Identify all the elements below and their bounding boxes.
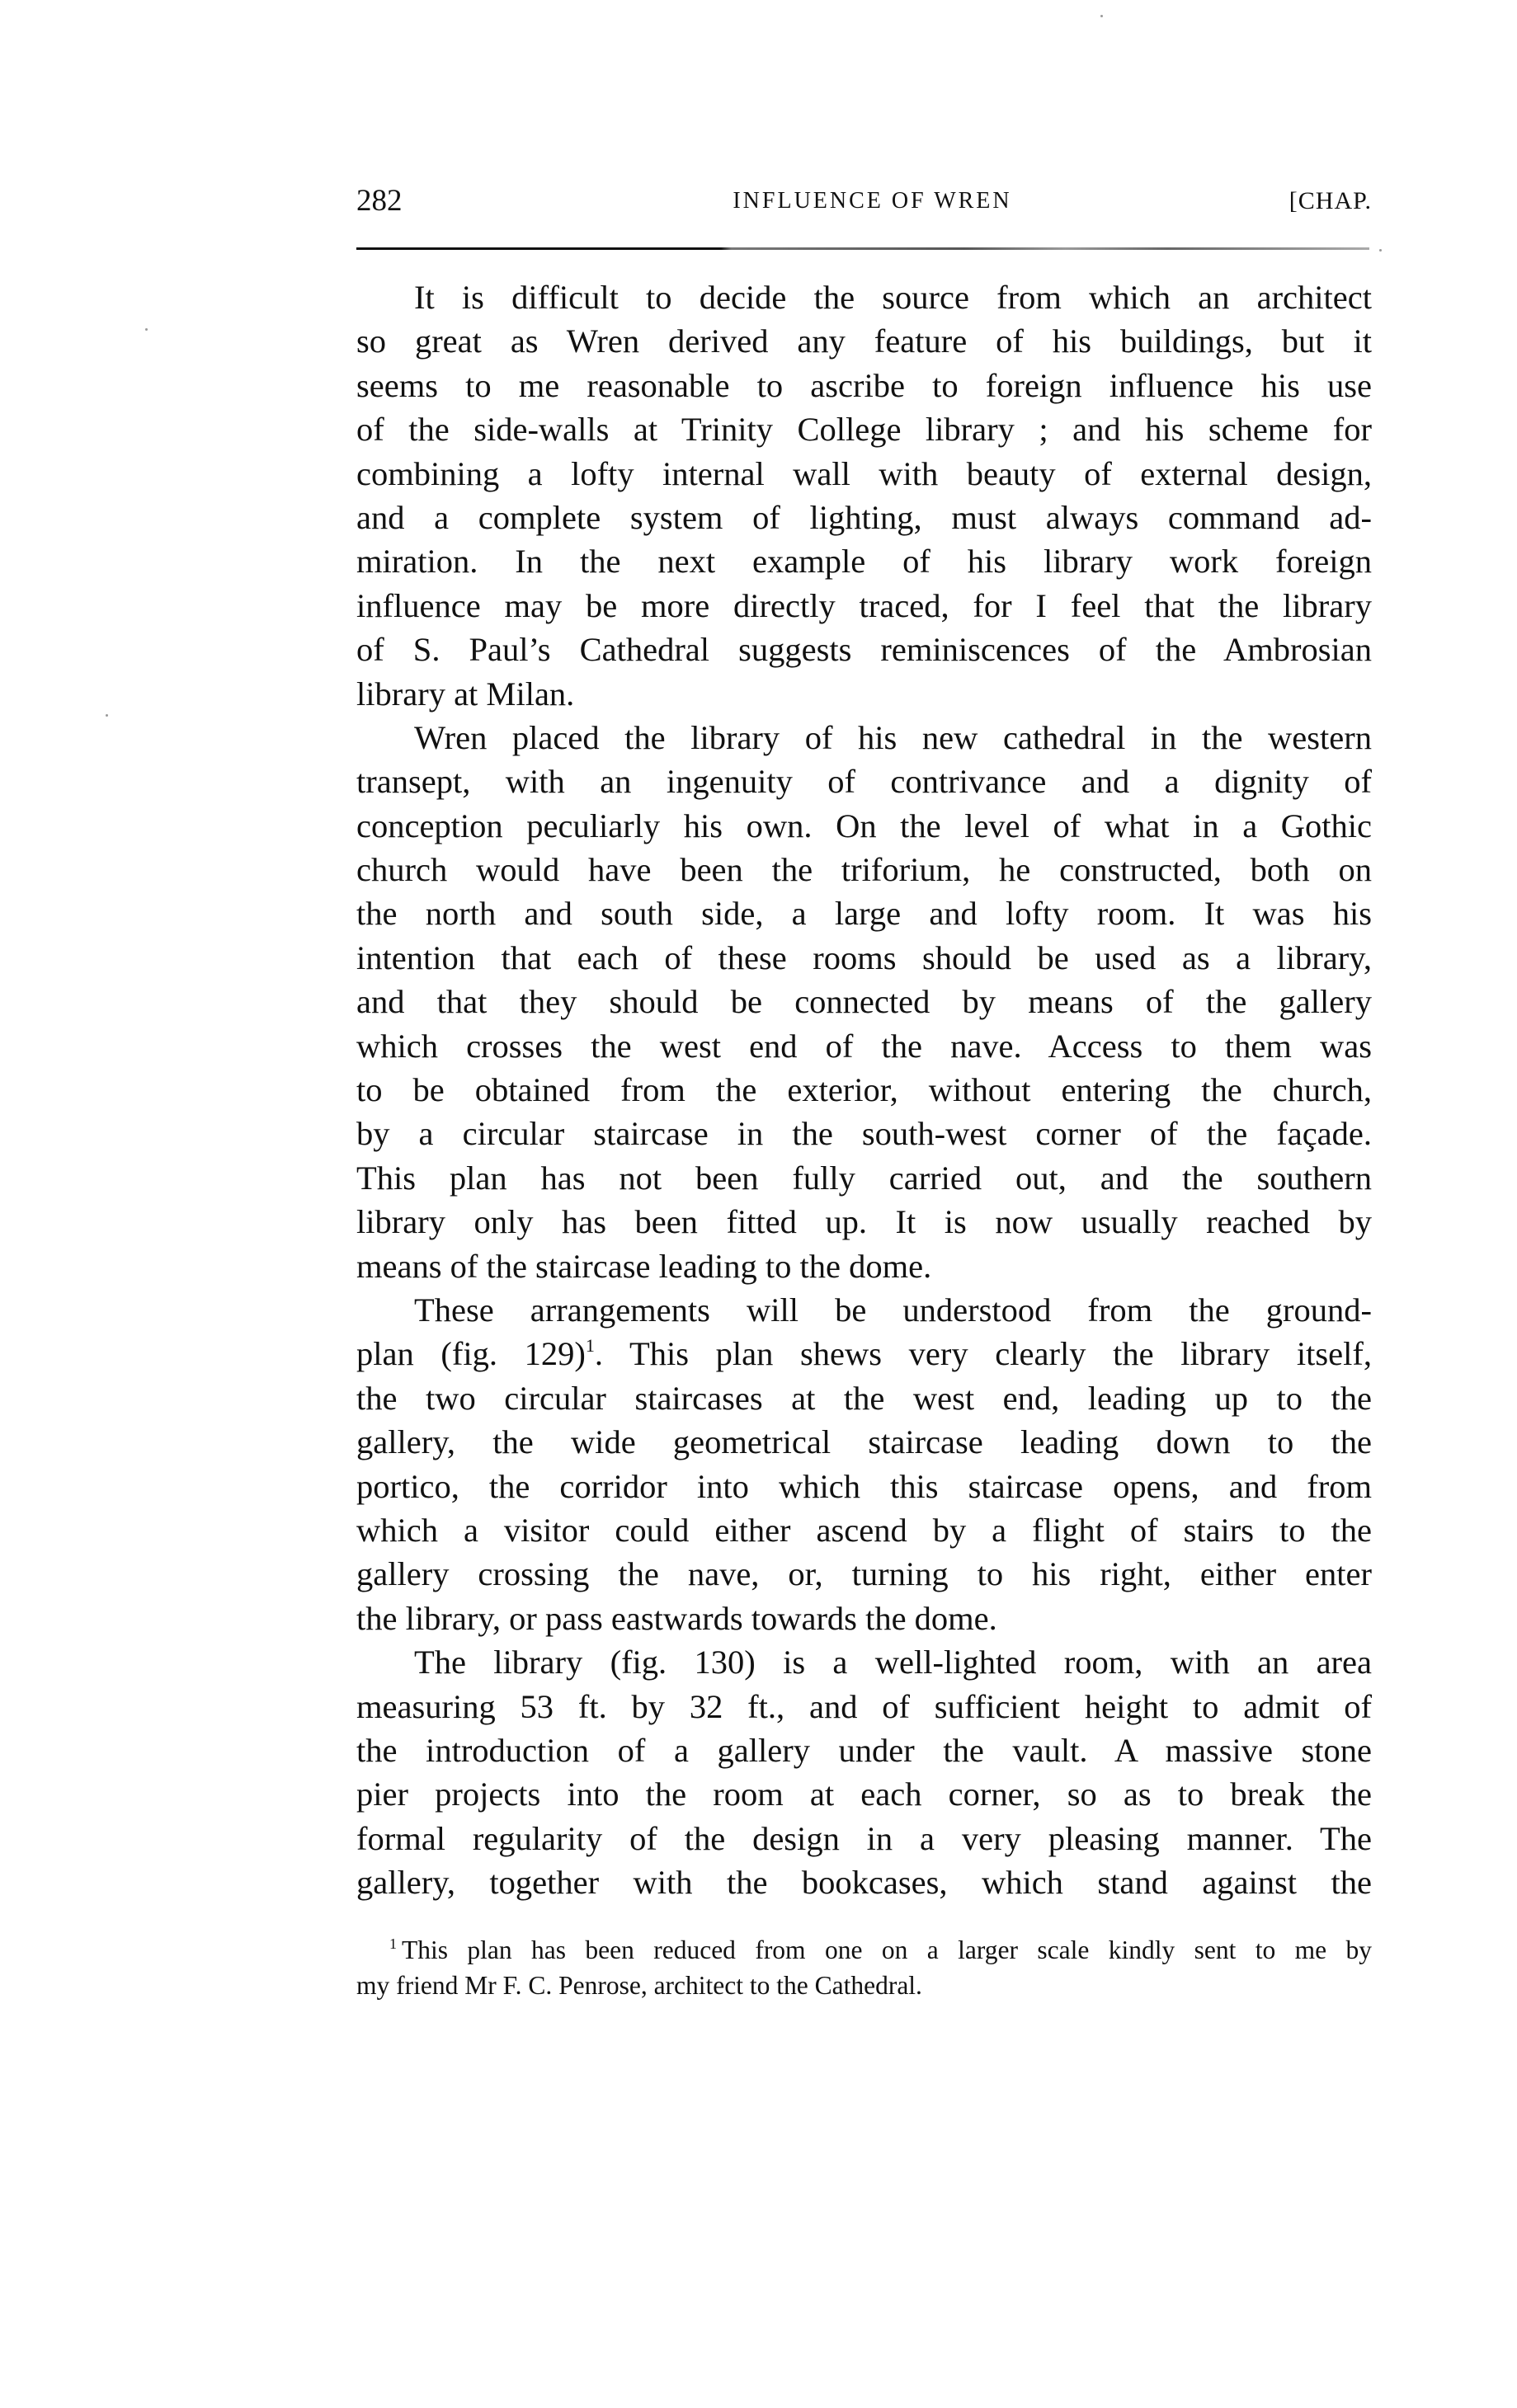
footnote: 1This plan has been reduced from one on … [356,1932,1372,2003]
text-line: to be obtained from the exterior, withou… [356,1068,1372,1112]
text-line: pier projects into the room at each corn… [356,1772,1372,1816]
footnote-line: 1This plan has been reduced from one on … [356,1932,1372,1968]
scan-speck [106,714,108,717]
text-line: Wren placed the library of his new cathe… [356,716,1372,760]
text-line: intention that each of these rooms shoul… [356,936,1372,980]
text-line: church would have been the triforium, he… [356,848,1372,891]
text-line: miration. In the next example of his lib… [356,539,1372,583]
running-title: INFLUENCE OF WREN [356,180,1372,223]
header-rule [356,247,1369,250]
text-line: so great as Wren derived any feature of … [356,319,1372,363]
scan-speck [1379,249,1382,252]
text-line: of S. Paul’s Cathedral suggests reminisc… [356,628,1372,671]
text-line: by a circular staircase in the south-wes… [356,1112,1372,1155]
text-line: influence may be more directly traced, f… [356,584,1372,628]
text-line: This plan has not been fully carried out… [356,1156,1372,1200]
scan-speck [145,328,148,331]
text-line: combining a lofty internal wall with bea… [356,452,1372,496]
text-line: It is difficult to decide the source fro… [356,275,1372,319]
text-line: which crosses the west end of the nave. … [356,1024,1372,1068]
text-line: means of the staircase leading to the do… [356,1244,1372,1288]
text-line: seems to me reasonable to ascribe to for… [356,364,1372,407]
text-line: the two circular staircases at the west … [356,1376,1372,1420]
text-line: The library (fig. 130) is a well-lighted… [356,1640,1372,1684]
text-fragment: . This plan shews very clearly the libra… [595,1335,1372,1372]
footnote-marker: 1 [389,1935,397,1952]
book-page: 282 INFLUENCE OF WREN [CHAP. It is diffi… [0,0,1517,2408]
text-line: the library, or pass eastwards towards t… [356,1597,1372,1640]
body-text: It is difficult to decide the source fro… [356,275,1372,1904]
chapter-mark: [CHAP. [1289,180,1372,223]
text-line: library only has been fitted up. It is n… [356,1200,1372,1244]
text-line: the introduction of a gallery under the … [356,1728,1372,1772]
text-line: of the side-walls at Trinity College lib… [356,407,1372,451]
text-line: gallery, together with the bookcases, wh… [356,1860,1372,1904]
text-line: These arrangements will be understood fr… [356,1288,1372,1332]
text-fragment: plan (fig. 129) [356,1335,586,1372]
footnote-text: This plan has been reduced from one on a… [402,1935,1372,1964]
text-line: portico, the corridor into which this st… [356,1465,1372,1508]
text-line: the north and south side, a large and lo… [356,891,1372,935]
text-line: measuring 53 ft. by 32 ft., and of suffi… [356,1685,1372,1728]
text-line: transept, with an ingenuity of contrivan… [356,760,1372,803]
text-line: and that they should be connected by mea… [356,980,1372,1023]
scan-speck [1100,15,1103,17]
text-line: gallery, the wide geometrical staircase … [356,1420,1372,1464]
text-line-with-footnote-ref: plan (fig. 129)1. This plan shews very c… [356,1332,1372,1376]
running-header: 282 INFLUENCE OF WREN [CHAP. [356,180,1372,223]
text-line: which a visitor could either ascend by a… [356,1508,1372,1552]
text-line: library at Milan. [356,672,1372,716]
text-line: gallery crossing the nave, or, turning t… [356,1552,1372,1596]
footnote-reference[interactable]: 1 [586,1335,595,1356]
text-line: and a complete system of lighting, must … [356,496,1372,539]
footnote-line: my friend Mr F. C. Penrose, architect to… [356,1968,1372,2003]
text-line: formal regularity of the design in a ver… [356,1817,1372,1860]
text-line: conception peculiarly his own. On the le… [356,804,1372,848]
